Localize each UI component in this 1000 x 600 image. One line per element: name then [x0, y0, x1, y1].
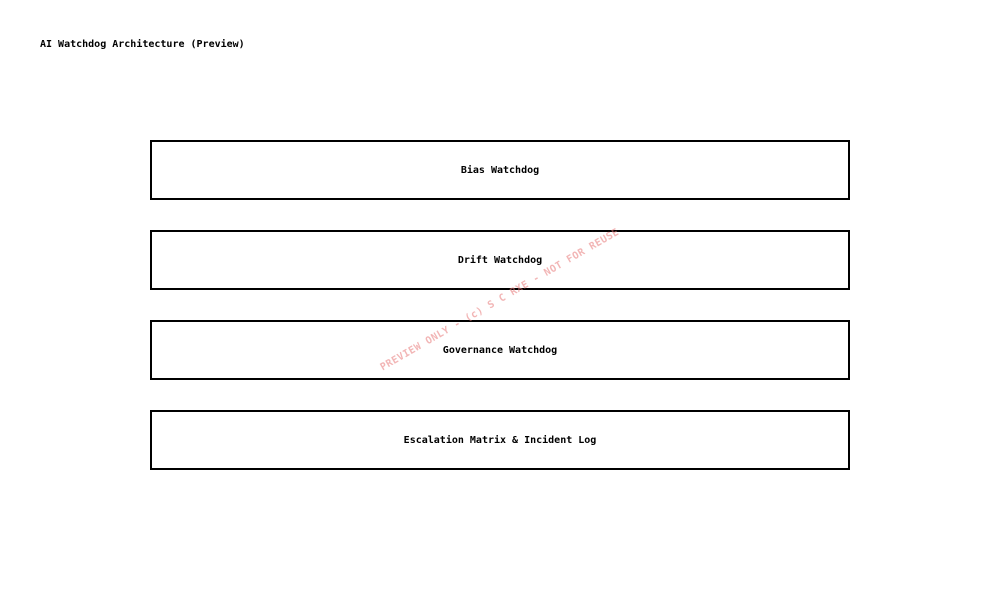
layer-box-escalation-matrix: Escalation Matrix & Incident Log — [150, 410, 850, 470]
layer-box-drift-watchdog: Drift Watchdog — [150, 230, 850, 290]
layer-label: Bias Watchdog — [461, 165, 539, 176]
layer-box-governance-watchdog: Governance Watchdog — [150, 320, 850, 380]
layer-label: Drift Watchdog — [458, 255, 542, 266]
layer-label: Escalation Matrix & Incident Log — [404, 435, 597, 446]
diagram-title: AI Watchdog Architecture (Preview) — [40, 39, 245, 50]
layer-label: Governance Watchdog — [443, 345, 557, 356]
layer-box-bias-watchdog: Bias Watchdog — [150, 140, 850, 200]
